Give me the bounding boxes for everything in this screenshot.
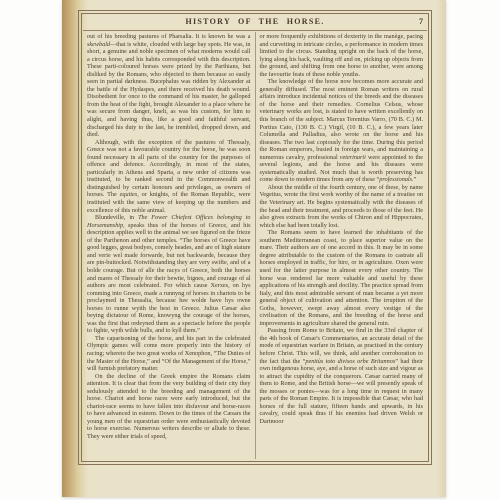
body-text: About the middle of the fourth century, …	[260, 184, 424, 229]
paragraph: The Romans seem to have learned the inha…	[260, 229, 424, 327]
body-text: out of his breeding pastures of Pharsali…	[87, 33, 251, 40]
scanner-background: HISTORY OF THE HORSE. 7 out of his breed…	[0, 0, 500, 500]
body-text: —that is white, clouded with large bay s…	[87, 41, 251, 139]
body-text: The knowledge of the horse now becomes m…	[260, 78, 424, 160]
body-text: Although, with the exception of the past…	[87, 139, 251, 199]
body-text: .”	[412, 176, 416, 183]
body-text: Blundeville, in	[95, 214, 138, 221]
paragraph: Blundeville, in The Fower Chiefest Offic…	[87, 214, 251, 335]
paragraph: Passing from Rome to Britain, we find in…	[260, 327, 424, 425]
italic-text: veterinarii	[340, 154, 366, 161]
paragraph: About the middle of the fourth century, …	[260, 184, 424, 229]
paragraph: On the decline of the Greek empire the R…	[87, 373, 251, 441]
book-page-scan: HISTORY OF THE HORSE. 7 out of his breed…	[62, 0, 446, 497]
body-text: or more frequently exhibitions of dexter…	[260, 33, 424, 78]
header-rule	[83, 30, 427, 31]
page-border-frame: HISTORY OF THE HORSE. 7 out of his breed…	[78, 10, 432, 465]
right-column: or more frequently exhibitions of dexter…	[258, 32, 426, 459]
italic-text: equites	[120, 191, 138, 198]
page-number: 7	[419, 17, 423, 26]
body-text: , speaks thus of the horses of Greece, a…	[87, 222, 251, 335]
paragraph: Although, with the exception of the past…	[87, 139, 251, 214]
paragraph: The knowledge of the horse now becomes m…	[260, 78, 424, 184]
body-text: The Romans seem to have learned the inha…	[260, 229, 424, 327]
italic-text: penitùs toto divisos orbe Britannos	[305, 358, 395, 365]
body-text: The caparisoning of the horse, and his p…	[87, 335, 251, 372]
text-columns: out of his breeding pastures of Pharsali…	[85, 32, 425, 459]
italic-text: professionals	[379, 176, 412, 183]
left-column: out of his breeding pastures of Pharsali…	[85, 32, 253, 459]
page-border-inner-frame: HISTORY OF THE HORSE. 7 out of his breed…	[81, 13, 429, 462]
paragraph: The caparisoning of the horse, and his p…	[87, 335, 251, 373]
italic-text: skewbald	[87, 41, 110, 48]
paragraph: or more frequently exhibitions of dexter…	[260, 33, 424, 78]
body-text: On the decline of the Greek empire the R…	[87, 373, 251, 440]
running-header: HISTORY OF THE HORSE. 7	[82, 14, 428, 29]
body-text: ” had their own indigenous horse, aye, a…	[260, 358, 424, 425]
paragraph: out of his breeding pastures of Pharsali…	[87, 33, 251, 139]
column-divider	[255, 32, 256, 459]
page-title: HISTORY OF THE HORSE.	[82, 17, 428, 26]
